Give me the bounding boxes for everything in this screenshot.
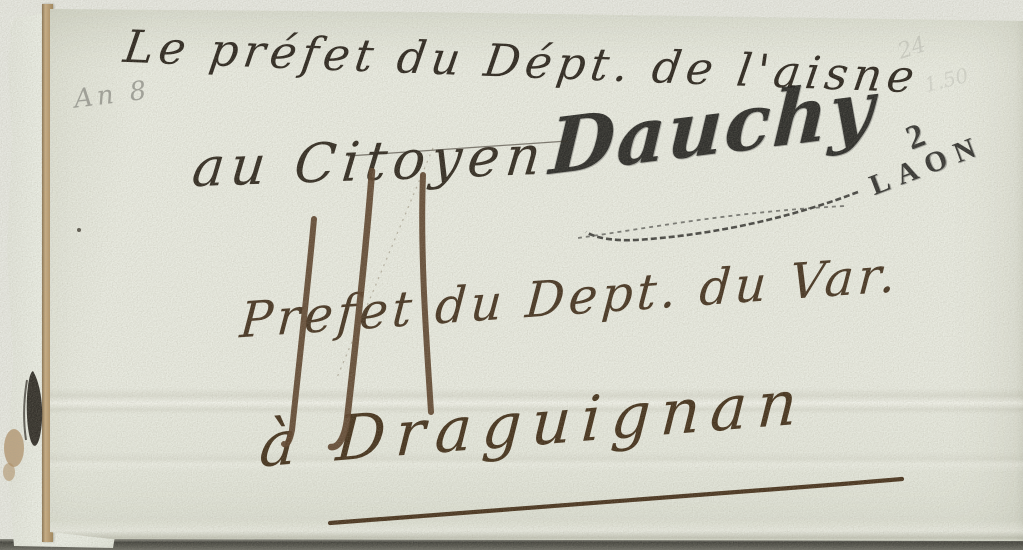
- letter-paper: Le préfet du Dépt. de l'aisne au Citoyen…: [0, 0, 1023, 550]
- handwriting-sender-line: Le préfet du Dépt. de l'aisne: [120, 20, 922, 103]
- handwriting-addressee-line: Prefet du Dept. du Var.: [238, 246, 901, 350]
- scanned-letter-cover: Le préfet du Dépt. de l'aisne au Citoyen…: [0, 0, 1023, 550]
- bottom-edge-ridge: [0, 520, 1023, 540]
- handwriting-destination-line: à Draguignan: [257, 365, 809, 482]
- postmark-town: LAON: [847, 123, 1007, 208]
- pencil-dealer-note-lower: 1.50: [922, 63, 971, 97]
- laon-postmark: 2 LAON: [836, 95, 1007, 208]
- franchise-signature-stamp: Dauchy: [547, 62, 877, 192]
- horizontal-fold-crease-upper: [0, 388, 1023, 414]
- horizontal-fold-crease-lower: [0, 452, 1023, 472]
- pencil-dealer-note-upper: 24: [895, 32, 929, 64]
- pencil-year-note: An 8: [72, 75, 151, 114]
- handwriting-salutation-line: au Citoyen: [189, 124, 550, 200]
- postmark-number: 2: [836, 95, 996, 180]
